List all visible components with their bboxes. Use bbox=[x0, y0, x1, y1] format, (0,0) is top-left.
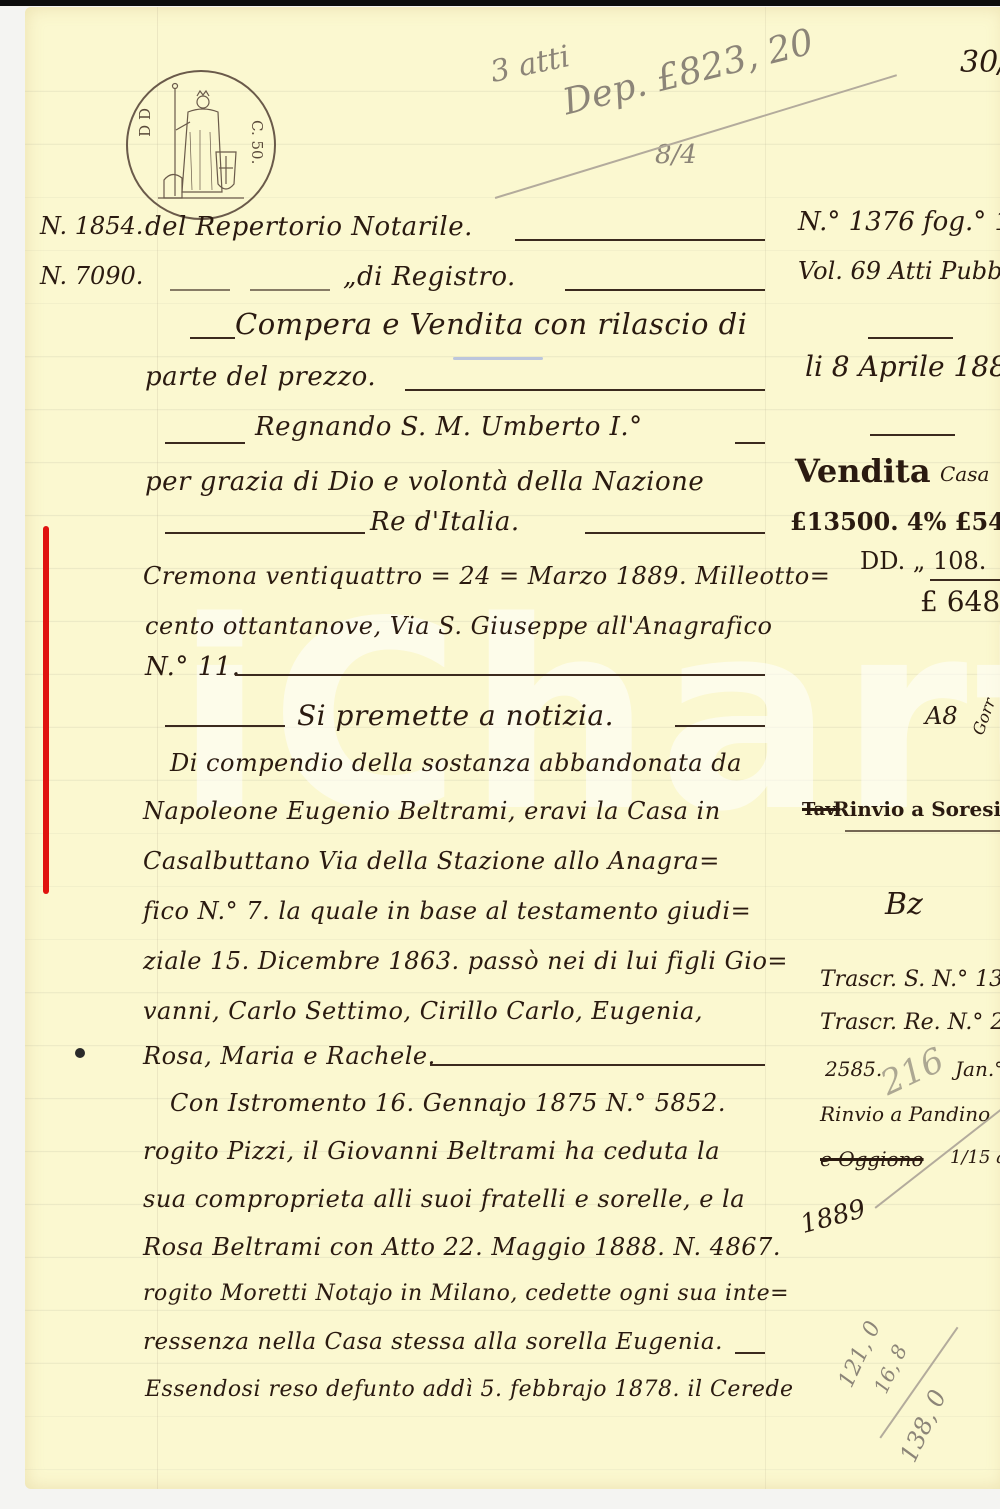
registration-number: N.° 1376 fog.° 10 bbox=[798, 207, 1000, 237]
body-line-16: ziale 15. Dicembre 1863. passò nei di lu… bbox=[143, 947, 788, 975]
transcription-1: Trascr. S. N.° 13 bbox=[820, 967, 1000, 992]
transcription-2: Trascr. Re. N.° 258 bbox=[820, 1010, 1000, 1035]
body-line-23: rogito Moretti Notajo in Milano, cedette… bbox=[143, 1281, 789, 1306]
body-line-18: Rosa, Maria e Rachele. bbox=[143, 1042, 436, 1070]
body-line-12: Di compendio della sostanza abbandonata … bbox=[170, 749, 742, 777]
struck-word: e Oggiono bbox=[820, 1147, 924, 1171]
page-corner-number: 30/ bbox=[960, 45, 1000, 80]
reference-number: 2585. bbox=[825, 1057, 882, 1081]
paraph-signature: Bz bbox=[885, 887, 923, 922]
pencil-underline-stroke bbox=[495, 74, 897, 198]
filler-rule bbox=[430, 1064, 765, 1066]
deed-type-note: Casa bbox=[940, 462, 989, 486]
body-line-22: Rosa Beltrami con Atto 22. Maggio 1888. … bbox=[143, 1233, 781, 1261]
referral-pandino: Rinvio a Pandino bbox=[820, 1102, 990, 1126]
body-line-5: Regnando S. M. Umberto I.° bbox=[255, 412, 643, 442]
body-line-2: „di Registro. bbox=[343, 262, 516, 292]
body-line-20: rogito Pizzi, il Giovanni Beltrami ha ce… bbox=[143, 1137, 720, 1165]
signature-fragment: Gorr bbox=[968, 696, 999, 738]
referral-soresina: Rinvio a Soresina bbox=[833, 797, 1000, 821]
ink-blot bbox=[75, 1048, 85, 1058]
pencil-faint-number: 216 bbox=[875, 1040, 951, 1104]
stamp-left-text: D D bbox=[136, 108, 154, 137]
duty-line: DD. „ 108. bbox=[860, 547, 986, 575]
body-line-13: Napoleone Eugenio Beltrami, eravi la Cas… bbox=[143, 797, 721, 825]
body-line-17: vanni, Carlo Settimo, Cirillo Carlo, Eug… bbox=[143, 997, 703, 1025]
body-line-15: fico N.° 7. la quale in base al testamen… bbox=[143, 897, 751, 925]
body-line-21: sua comproprieta alli suoi fratelli e so… bbox=[143, 1185, 745, 1213]
registration-date: li 8 Aprile 1889 bbox=[805, 350, 1000, 383]
repertorio-number: N. 1854. bbox=[40, 212, 143, 240]
filler-rule bbox=[735, 442, 765, 444]
margin-rule bbox=[870, 434, 955, 436]
filler-rule bbox=[735, 1352, 765, 1354]
registro-number: N. 7090. bbox=[40, 262, 143, 290]
filler-rule bbox=[235, 674, 765, 676]
pencil-note-deposit: Dep. £823, 20 bbox=[559, 22, 818, 124]
body-line-19: Con Istromento 16. Gennajo 1875 N.° 5852… bbox=[170, 1089, 726, 1117]
filler-rule bbox=[165, 725, 285, 727]
scan-top-border bbox=[0, 0, 1000, 6]
sum-rule bbox=[930, 579, 1000, 581]
fraction-date: 1/15 aprile bbox=[950, 1147, 1000, 1168]
revenue-stamp-icon: D D C. 50. bbox=[126, 70, 276, 220]
red-binding-thread bbox=[43, 526, 49, 894]
body-line-24: ressenza nella Casa stessa alla sorella … bbox=[143, 1329, 723, 1355]
margin-rule bbox=[845, 830, 1000, 832]
body-line-8: Cremona ventiquattro = 24 = Marzo 1889. … bbox=[143, 562, 830, 590]
pencil-note-fraction: 8/4 bbox=[655, 140, 697, 170]
volume-reference: Vol. 69 Atti Pubbl. bbox=[798, 257, 1000, 285]
filler-rule bbox=[565, 289, 765, 291]
body-line-1: del Repertorio Notarile. bbox=[145, 212, 473, 242]
reference-month: Jan.° bbox=[955, 1057, 1000, 1081]
right-margin-fold bbox=[765, 7, 766, 1489]
document-page: D D C. 50. iCharta 3 atti Dep. £823, 20 … bbox=[25, 7, 1000, 1489]
filler-rule bbox=[190, 337, 235, 339]
margin-year: 1889 bbox=[797, 1194, 869, 1240]
price-line: £13500. 4% £540. bbox=[790, 507, 1000, 536]
section-heading: Si premette a notizia. bbox=[297, 699, 614, 732]
struck-text: e Oggiono bbox=[820, 1147, 924, 1171]
filler-rule bbox=[585, 532, 765, 534]
filler-rule bbox=[405, 389, 765, 391]
body-line-7: Re d'Italia. bbox=[370, 507, 520, 537]
margin-rule bbox=[868, 337, 953, 339]
filler-rule bbox=[675, 725, 765, 727]
deed-type: Vendita bbox=[795, 452, 931, 490]
filler-rule bbox=[165, 532, 365, 534]
stamp-value-text: C. 50. bbox=[248, 120, 266, 164]
filler-rule bbox=[165, 442, 245, 444]
filler-rule bbox=[250, 289, 330, 291]
deed-title: Compera e Vendita con rilascio di bbox=[235, 307, 747, 341]
body-line-25: Essendosi reso defunto addì 5. febbrajo … bbox=[145, 1377, 794, 1402]
filler-rule bbox=[170, 289, 230, 291]
total-line: £ 648. bbox=[920, 585, 1000, 618]
body-line-10: N.° 11. bbox=[145, 652, 240, 682]
body-line-9: cento ottantanove, Via S. Giuseppe all'A… bbox=[145, 612, 772, 640]
filler-rule bbox=[515, 239, 765, 241]
body-line-14: Casalbuttano Via della Stazione allo Ana… bbox=[143, 847, 720, 875]
initials-signature: A8 bbox=[925, 702, 958, 730]
blue-pencil-mark bbox=[453, 357, 543, 360]
body-line-6: per grazia di Dio e volontà della Nazion… bbox=[145, 467, 704, 497]
pencil-calc-total: 138, 0 bbox=[894, 1385, 952, 1466]
body-line-4: parte del prezzo. bbox=[145, 362, 376, 392]
